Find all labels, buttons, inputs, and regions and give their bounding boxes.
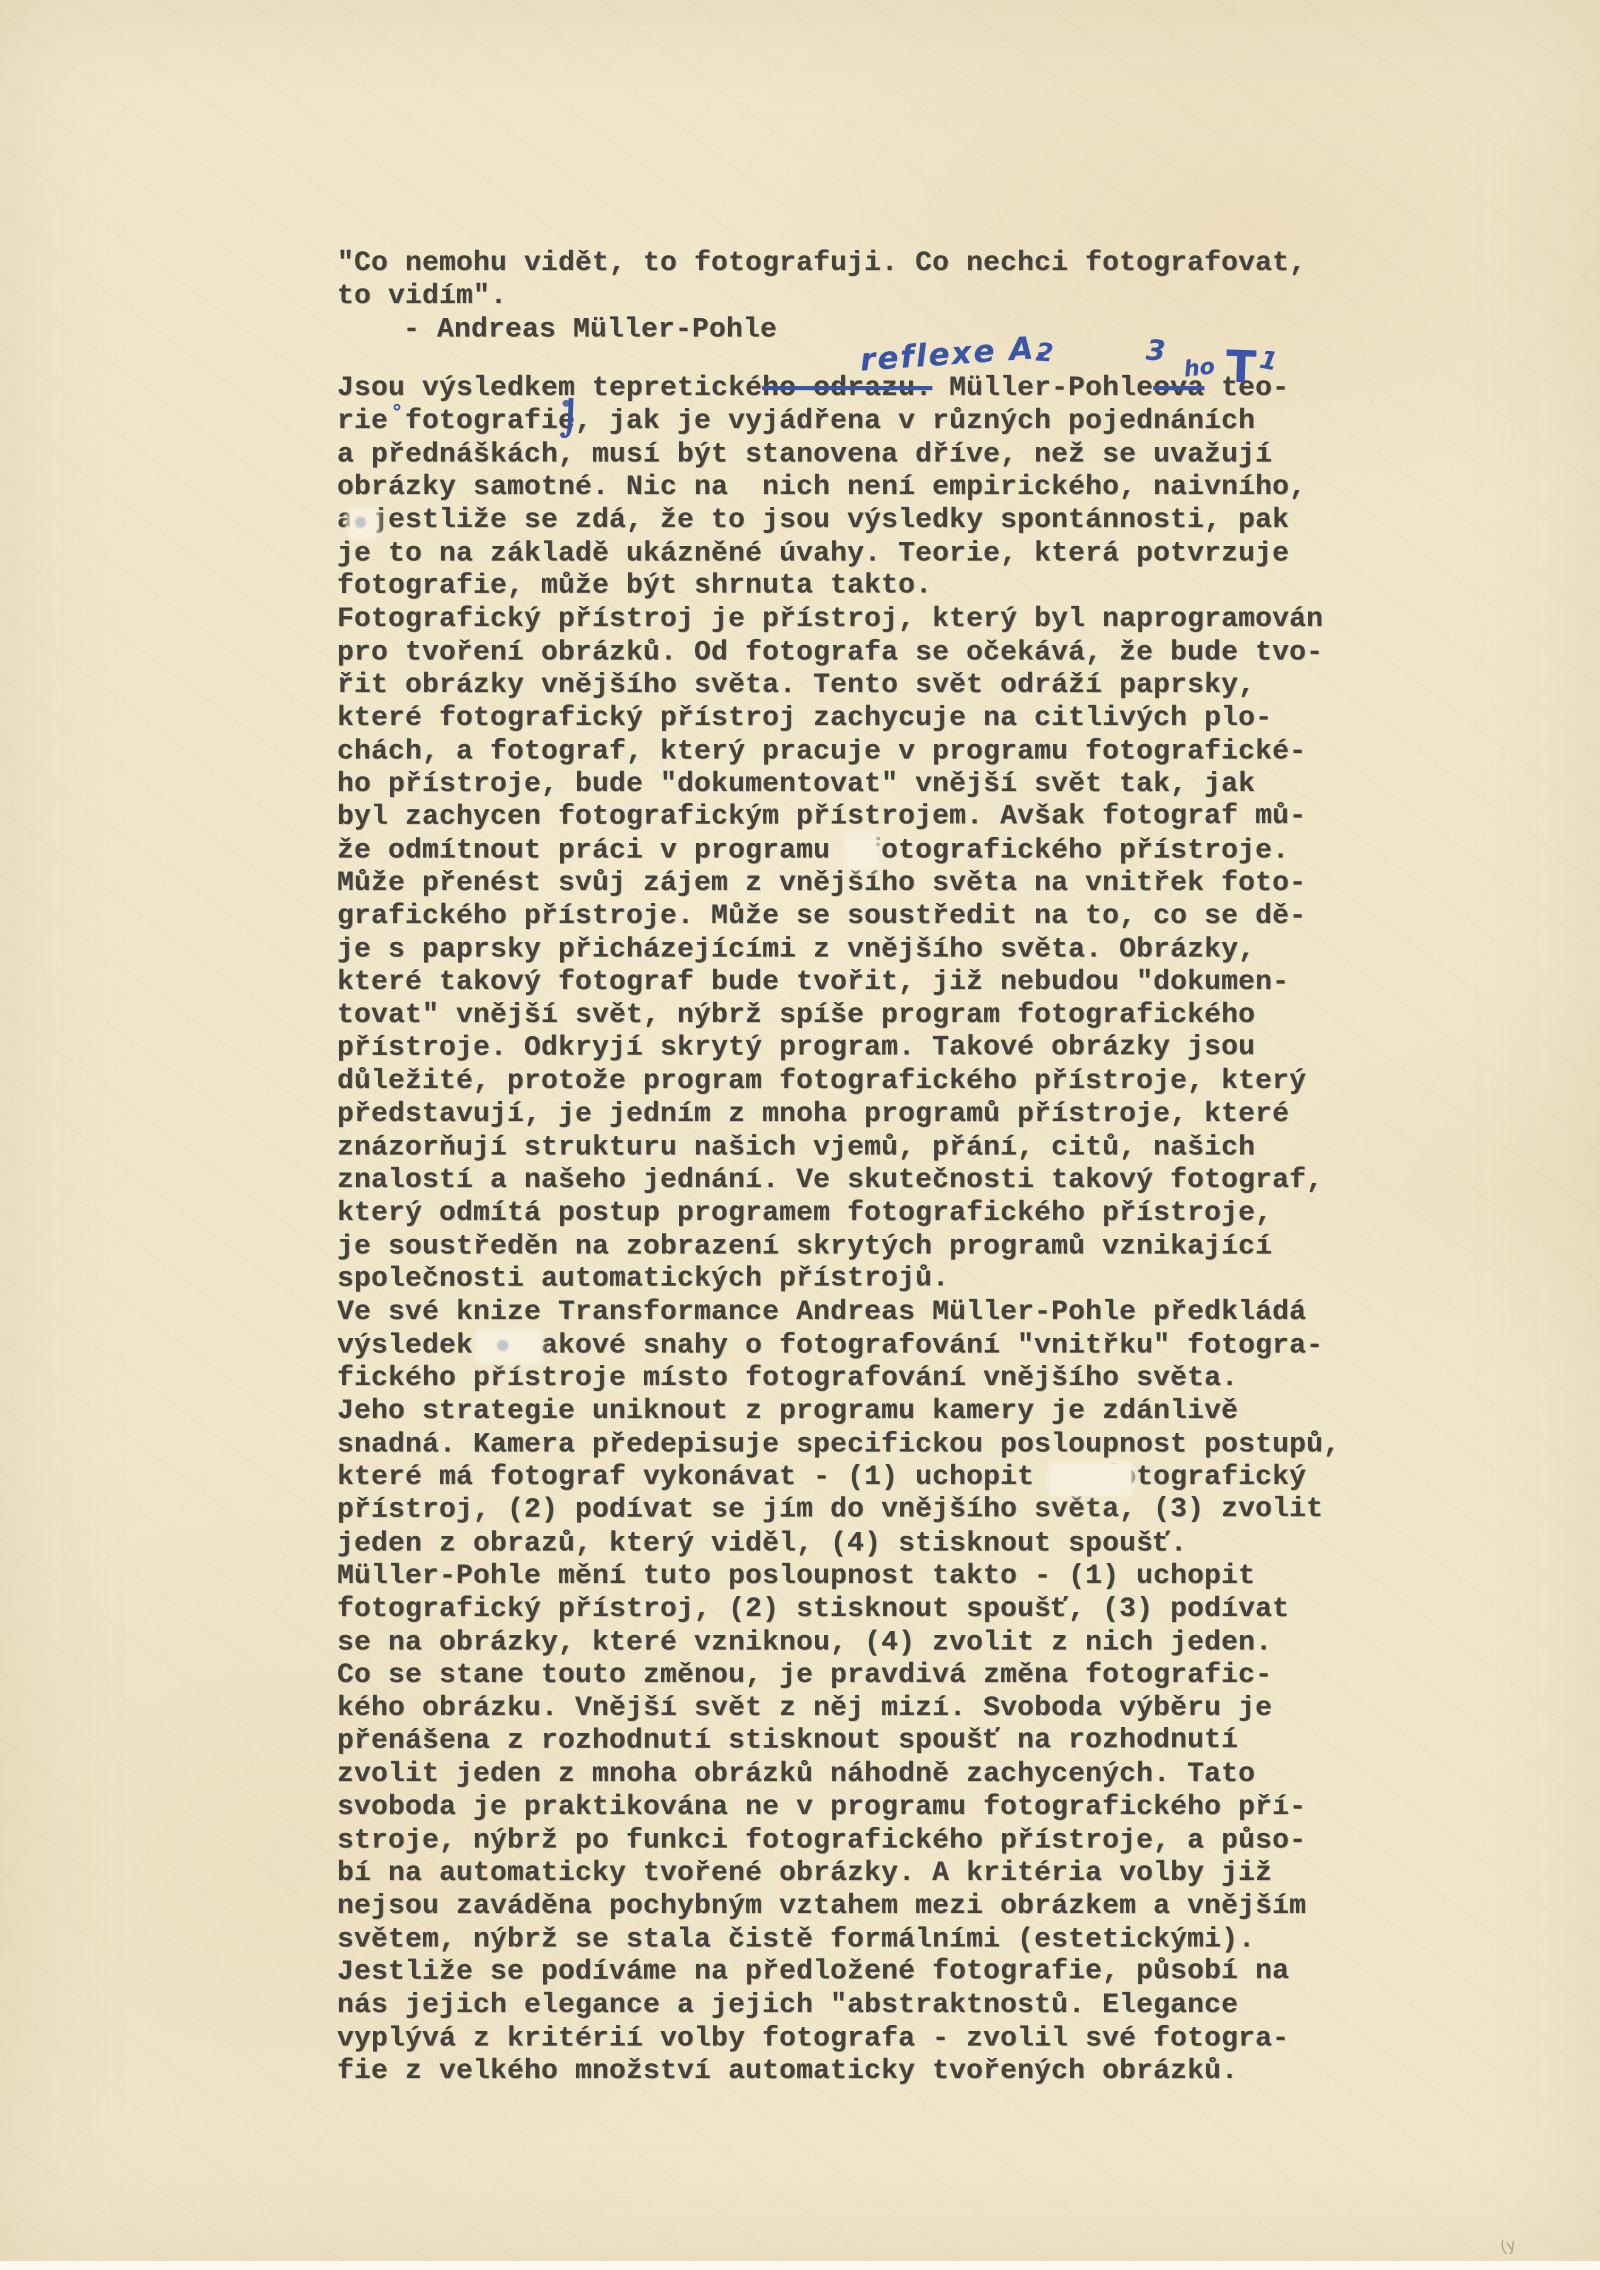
text-line: důležité, protože program fotografického… xyxy=(337,1065,1340,1098)
text-line: byl zachycen fotografickým přístrojem. A… xyxy=(337,800,1340,834)
text-line: fického přístroje místo fotografování vn… xyxy=(337,1362,1340,1395)
insertion-caret-mark: ° xyxy=(392,400,402,424)
text-line: je soustředěn na zobrazení skrytých prog… xyxy=(337,1231,1340,1264)
text-line: představují, je jedním z mnoha programů … xyxy=(337,1098,1340,1131)
text-line: Jestliže se podíváme na předložené fotog… xyxy=(337,1955,1340,1989)
blue-struck-text: ho odrazu. xyxy=(762,373,932,404)
text-line: Může přenést svůj zájem z vnějšího světa… xyxy=(337,867,1340,900)
text-line: přenášena z rozhodnutí stisknout spoušť … xyxy=(337,1724,1340,1758)
text-line: snadná. Kamera předepisuje specifickou p… xyxy=(337,1429,1340,1462)
text-line: znázorňují strukturu našich vjemů, přání… xyxy=(337,1132,1340,1165)
typed-body: Jsou výsledkem tepretického odrazu. Müll… xyxy=(337,372,1340,2088)
whiteout-patch xyxy=(848,834,876,868)
text-line: nás jejich elegance a jejich "abstraktno… xyxy=(337,1989,1340,2022)
whiteout-patch xyxy=(478,1332,540,1362)
text-line: které takový fotograf bude tvořit, již n… xyxy=(337,966,1340,999)
text-line: fotografie, může být shrnuta takto. xyxy=(337,569,1340,603)
text-line: stroje, nýbrž po funkci fotografického p… xyxy=(337,1825,1340,1858)
text-line: grafického přístroje. Může se soustředit… xyxy=(337,900,1340,933)
text-line: nejsou zaváděna pochybným vztahem mezi o… xyxy=(337,1890,1340,1923)
text-line: který odmítá postup programem fotografic… xyxy=(337,1197,1340,1230)
text-line: svoboda je praktikována ne v programu fo… xyxy=(337,1791,1340,1824)
handwritten-correction-ho: ho xyxy=(1183,354,1216,382)
text-line: že odmítnout práci v programu fotografic… xyxy=(337,835,1340,868)
handwritten-superscript-3: 3 xyxy=(1145,334,1166,368)
text-line: bí na automaticky tvořené obrázky. A kri… xyxy=(337,1857,1340,1890)
quote-line-2: to vidím". xyxy=(337,280,1306,313)
text-line: světem, nýbrž se stala čistě formálními … xyxy=(337,1924,1340,1957)
text-line: které fotografický přístroj zachycuje na… xyxy=(337,702,1340,735)
text-line: které má fotograf vykonávat - (1) uchopi… xyxy=(337,1461,1340,1494)
text-line: chách, a fotograf, který pracuje v progr… xyxy=(337,736,1340,769)
text-line: kého obrázku. Vnější svět z něj mizí. Sv… xyxy=(337,1692,1340,1725)
text-line: Müller-Pohle mění tuto posloupnost takto… xyxy=(337,1560,1340,1593)
text-line: společnosti automatických přístrojů. xyxy=(337,1262,1340,1296)
text-line: přístroje. Odkryjí skrytý program. Takov… xyxy=(337,1031,1340,1065)
text-line: přístroj, (2) podívat se jím do vnějšího… xyxy=(337,1493,1340,1527)
handwritten-superscript-2: 2 xyxy=(1035,337,1054,367)
text-line: fie z velkého množství automaticky tvoře… xyxy=(337,2055,1340,2088)
text-line: se na obrázky, které vzniknou, (4) zvoli… xyxy=(337,1627,1340,1660)
text-line: obrázky samotné. Nic na nich není empiri… xyxy=(337,471,1340,504)
whiteout-patch xyxy=(350,510,376,537)
text-line: Co se stane touto změnou, je pravdivá zm… xyxy=(337,1659,1340,1692)
text-line: Ve své knize Transformance Andreas Mülle… xyxy=(337,1296,1340,1329)
handwritten-capital-T-correction: T xyxy=(1225,347,1256,388)
text-line: ho přístroje, bude "dokumentovat" vnější… xyxy=(337,768,1340,801)
text-line: tovat" vnější svět, nýbrž spíše program … xyxy=(337,999,1340,1032)
text-line: zvolit jeden z mnoha obrázků náhodně zac… xyxy=(337,1758,1340,1791)
text-line: vyplývá z kritérií volby fotografa - zvo… xyxy=(337,2023,1340,2056)
insertion-stroke-mark: ⌡ xyxy=(559,402,581,437)
text-line: jeden z obrazů, který viděl, (4) stiskno… xyxy=(337,1528,1340,1561)
text-line: a jestliže se zdá, že to jsou výsledky s… xyxy=(337,504,1340,537)
text-line: a přednáškách, musí být stanovena dříve,… xyxy=(337,439,1340,472)
typed-text-segment: Müller-Pohle xyxy=(932,373,1153,404)
text-line: řit obrázky vnějšího světa. Tento svět o… xyxy=(337,669,1340,702)
scanned-typewritten-page: "Co nemohu vidět, to fotografuji. Co nec… xyxy=(0,0,1600,2270)
text-line: Fotografický přístroj je přístroj, který… xyxy=(337,603,1340,636)
pencil-mark: (y xyxy=(1498,2234,1518,2256)
text-line: znalostí a našeho jednání. Ve skutečnost… xyxy=(337,1164,1340,1197)
text-line: rie fotografie, jak je vyjádřena v různý… xyxy=(337,405,1340,438)
quote-block: "Co nemohu vidět, to fotografuji. Co nec… xyxy=(337,247,1306,346)
scan-edge xyxy=(0,2261,1600,2270)
text-line: je to na základě ukázněné úvahy. Teorie,… xyxy=(337,538,1340,571)
text-line: Jeho strategie uniknout z programu kamer… xyxy=(337,1395,1340,1428)
quote-line-1: "Co nemohu vidět, to fotografuji. Co nec… xyxy=(337,247,1306,280)
text-line: fotografický přístroj, (2) stisknout spo… xyxy=(337,1593,1340,1626)
text-line: je s paprsky přicházejícími z vnějšího s… xyxy=(337,934,1340,967)
whiteout-patch xyxy=(1051,1464,1131,1494)
text-line: pro tvoření obrázků. Od fotografa se oče… xyxy=(337,637,1340,670)
